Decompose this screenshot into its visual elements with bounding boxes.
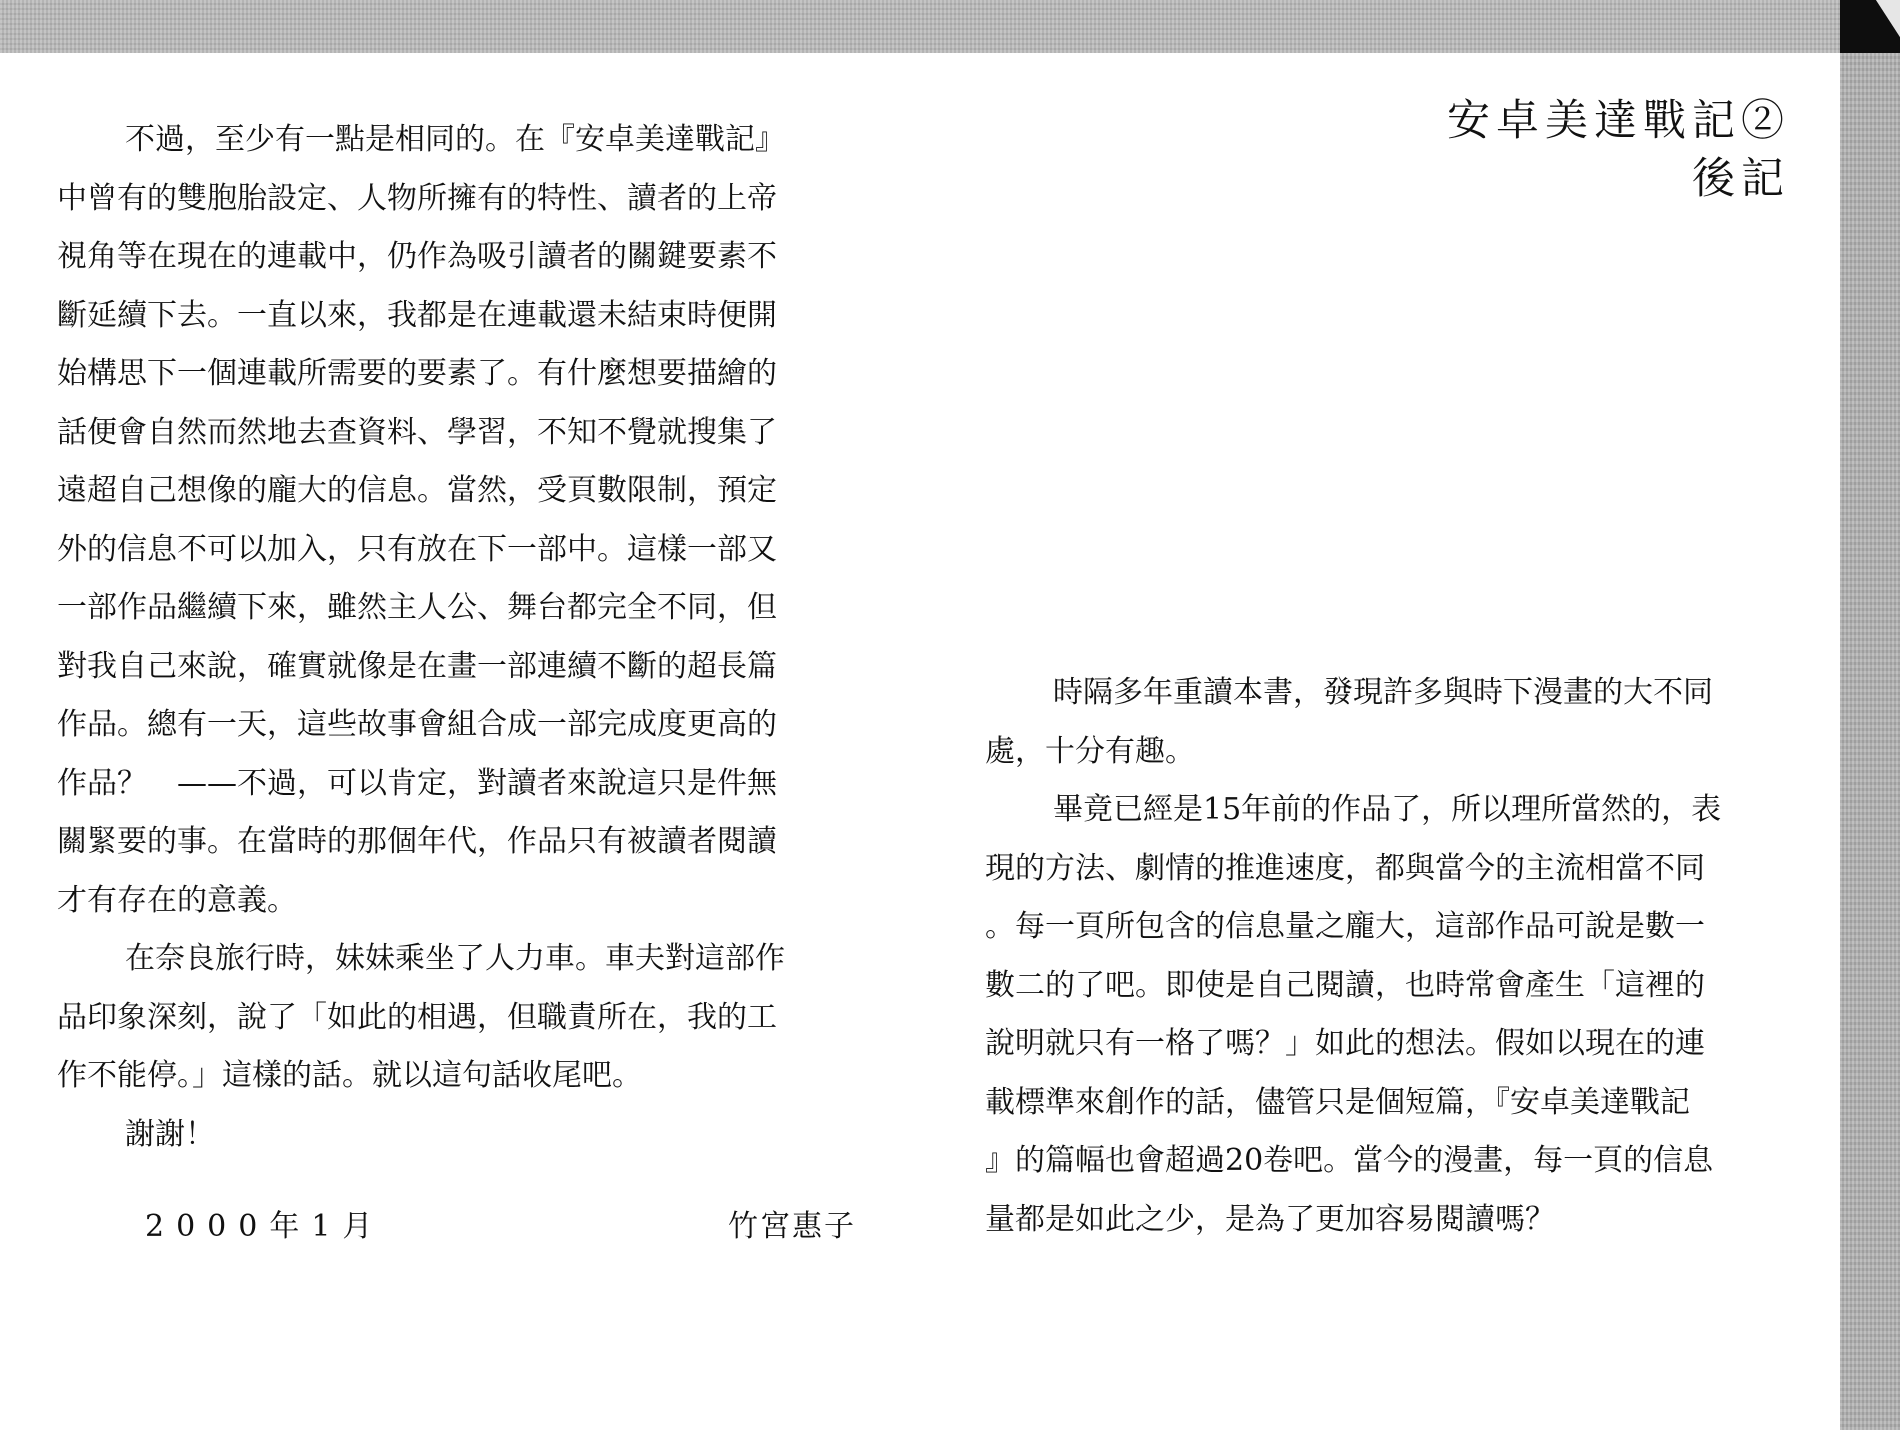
afterword-date: 2000年1月 [145, 1207, 384, 1247]
paragraph-line: 不過，至少有一點是相同的。在『安卓美達戰記』 [57, 120, 785, 160]
paragraph-line: 說明就只有一格了嗎？」如此的想法。假如以現在的連 [985, 1024, 1705, 1064]
paragraph-line: 品印象深刻，說了「如此的相遇，但職責所在，我的工 [57, 998, 777, 1038]
chapter-title: 安卓美達戰記② 後記 [1380, 92, 1790, 208]
paragraph-line: 一部作品繼續下來，雖然主人公、舞台都完全不同，但 [57, 588, 777, 628]
paragraph-line: 話便會自然而然地去查資料、學習，不知不覺就搜集了 [57, 413, 777, 453]
section-title: 後記 [1380, 150, 1790, 208]
paragraph-line: 才有存在的意義。 [57, 881, 297, 921]
paragraph-line: 始構思下一個連載所需要的要素了。有什麼想要描繪的 [57, 354, 777, 394]
paragraph-line: 關緊要的事。在當時的那個年代，作品只有被讀者閱讀 [57, 822, 777, 862]
paragraph-line: 外的信息不可以加入，只有放在下一部中。這樣一部又 [57, 530, 777, 570]
book-title: 安卓美達戰記② [1380, 92, 1790, 150]
paragraph-line: 數二的了吧。即使是自己閱讀，也時常會產生「這裡的 [985, 966, 1705, 1006]
author-signature: 竹宮惠子 [728, 1207, 856, 1247]
paragraph-line: 遠超自己想像的龐大的信息。當然，受頁數限制，預定 [57, 471, 777, 511]
paragraph-line: 。每一頁所包含的信息量之龐大，這部作品可說是數一 [985, 907, 1705, 947]
paragraph-line: 畢竟已經是15年前的作品了，所以理所當然的，表 [985, 790, 1721, 830]
paragraph-line: 中曾有的雙胞胎設定、人物所擁有的特性、讀者的上帝 [57, 179, 777, 219]
paragraph-line: 作品？ ——不過，可以肯定，對讀者來說這只是件無 [57, 764, 777, 804]
closing-thanks: 謝謝！ [57, 1115, 215, 1155]
paragraph-line: 作不能停。」這樣的話。就以這句話收尾吧。 [57, 1056, 642, 1096]
paragraph-line: 作品。總有一天，這些故事會組合成一部完成度更高的 [57, 705, 777, 745]
paragraph-line: 對我自己來說，確實就像是在畫一部連續不斷的超長篇 [57, 647, 777, 687]
scan-top-border [0, 0, 1900, 53]
paragraph-line: 斷延續下去。一直以來，我都是在連載還未結束時便開 [57, 296, 777, 336]
paragraph-line: 時隔多年重讀本書，發現許多與時下漫畫的大不同 [985, 673, 1713, 713]
scan-right-border [1840, 0, 1900, 1430]
paragraph-line: 視角等在現在的連載中，仍作為吸引讀者的關鍵要素不 [57, 237, 777, 277]
paragraph-line: 處，十分有趣。 [985, 732, 1195, 772]
paragraph-line: 量都是如此之少，是為了更加容易閱讀嗎？ [985, 1200, 1555, 1240]
paragraph-line: 在奈良旅行時，妹妹乘坐了人力車。車夫對這部作 [57, 939, 785, 979]
paragraph-line: 現的方法、劇情的推進速度，都與當今的主流相當不同 [985, 849, 1705, 889]
paragraph-line: 載標準來創作的話，儘管只是個短篇，『安卓美達戰記 [985, 1083, 1690, 1123]
paragraph-line: 』的篇幅也會超過20卷吧。當今的漫畫，每一頁的信息 [985, 1141, 1713, 1181]
